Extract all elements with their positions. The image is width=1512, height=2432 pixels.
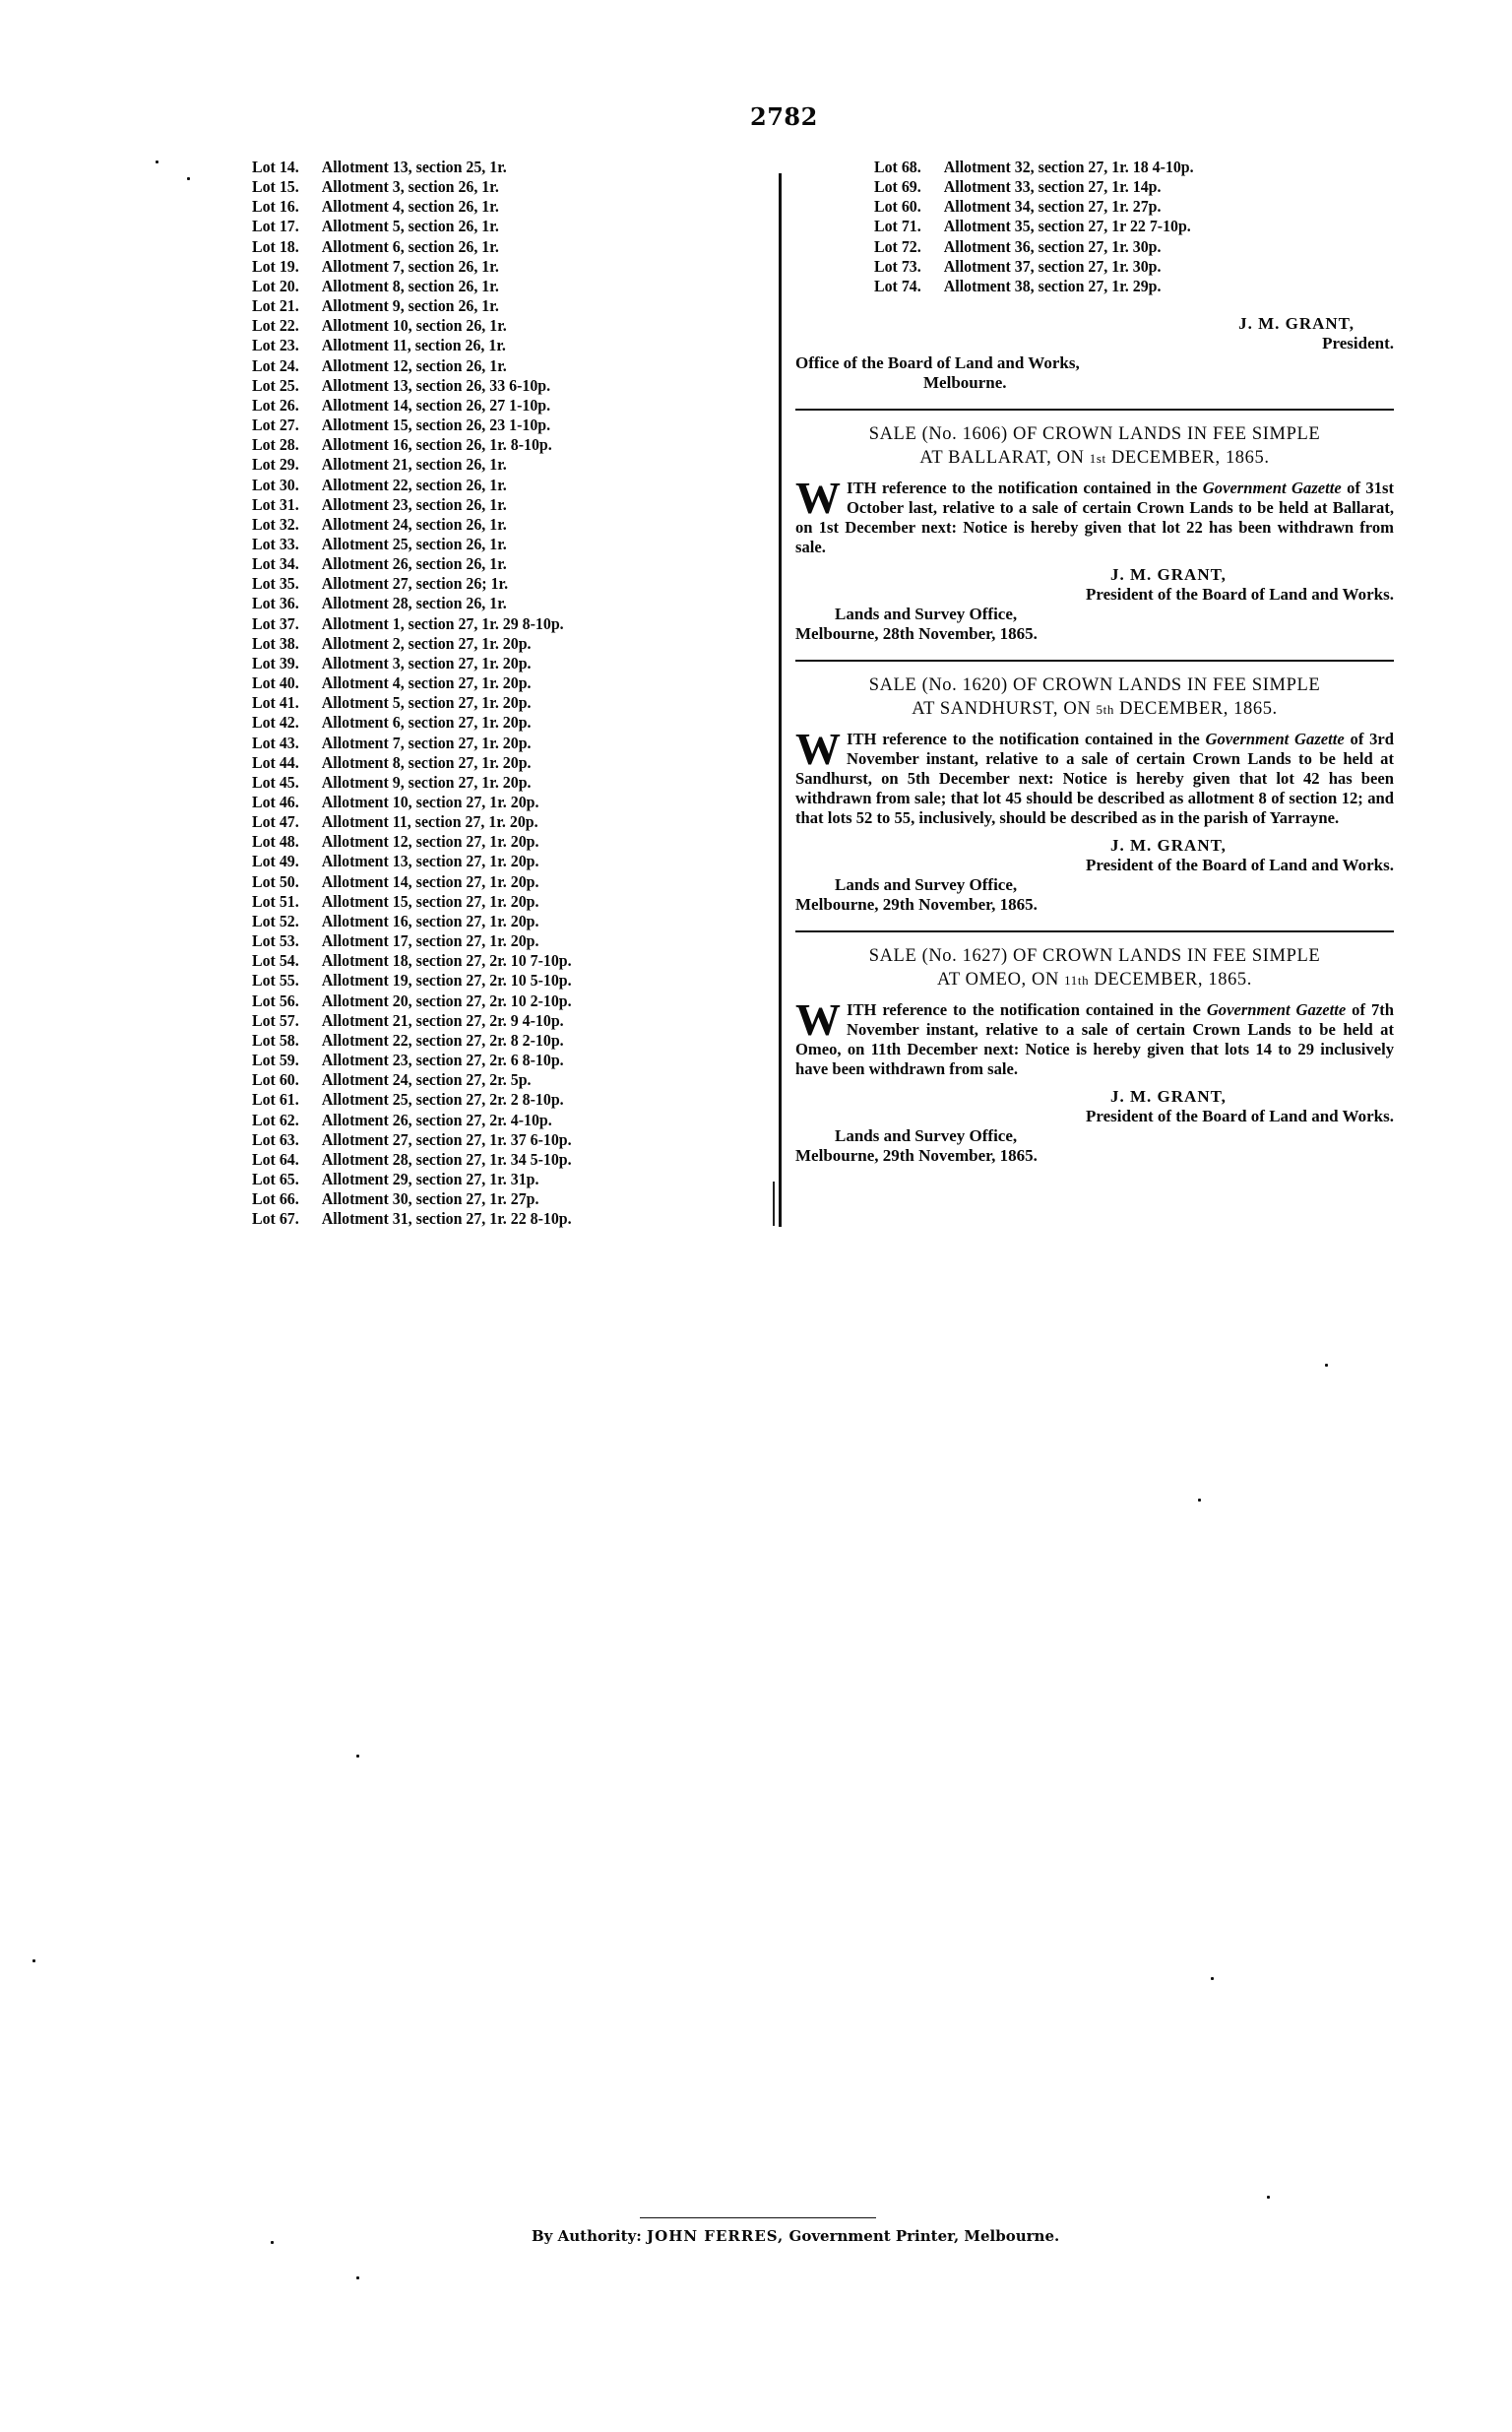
scan-speck: [32, 1959, 35, 1962]
notice-heading-line-2: AT SANDHURST, ON 5th DECEMBER, 1865.: [795, 697, 1394, 722]
lot-entry: Lot 34.Allotment 26, section 26, 1r.: [252, 554, 672, 574]
column-divider: [779, 173, 782, 1227]
lot-number: Lot 40.: [252, 673, 322, 693]
lot-number: Lot 42.: [252, 713, 322, 733]
lot-number: Lot 43.: [252, 734, 322, 753]
lot-entry: Lot 56.Allotment 20, section 27, 2r. 10 …: [252, 992, 672, 1011]
lot-entry: Lot 40.Allotment 4, section 27, 1r. 20p.: [252, 673, 672, 693]
lot-number: Lot 38.: [252, 634, 322, 654]
gazette-title: Government Gazette: [1207, 1000, 1346, 1019]
lot-number: Lot 16.: [252, 197, 322, 217]
lot-entry: Lot 36.Allotment 28, section 26, 1r.: [252, 594, 672, 613]
lot-number: Lot 51.: [252, 892, 322, 912]
notice-body-start: ITH reference to the notification contai…: [847, 1000, 1207, 1019]
sale-notice: SALE (No. 1627) OF CROWN LANDS IN FEE SI…: [795, 930, 1394, 1166]
lot-number: Lot 59.: [252, 1051, 322, 1070]
lot-entry: Lot 45.Allotment 9, section 27, 1r. 20p.: [252, 773, 672, 793]
imprint-suffix: Government Printer, Melbourne.: [789, 2227, 1060, 2245]
lot-entry: Lot 42.Allotment 6, section 27, 1r. 20p.: [252, 713, 672, 733]
lot-number: Lot 21.: [252, 296, 322, 316]
lot-description: Allotment 11, section 27, 1r. 20p.: [322, 812, 538, 831]
lot-description: Allotment 3, section 27, 1r. 20p.: [322, 654, 532, 672]
lot-number: Lot 18.: [252, 237, 322, 257]
right-column: Lot 68.Allotment 32, section 27, 1r. 18 …: [795, 158, 1394, 1166]
lot-number: Lot 36.: [252, 594, 322, 613]
lot-entry: Lot 58.Allotment 22, section 27, 2r. 8 2…: [252, 1031, 672, 1051]
lot-number: Lot 60.: [874, 197, 944, 217]
lot-entry: Lot 60.Allotment 24, section 27, 2r. 5p.: [252, 1070, 672, 1090]
signatory-name: J. M. GRANT,: [795, 836, 1394, 856]
lot-description: Allotment 22, section 26, 1r.: [322, 476, 507, 494]
lot-number: Lot 19.: [252, 257, 322, 277]
lot-entry: Lot 53.Allotment 17, section 27, 1r. 20p…: [252, 931, 672, 951]
lot-number: Lot 17.: [252, 217, 322, 236]
lot-description: Allotment 2, section 27, 1r. 20p.: [322, 634, 532, 653]
notice-body-start: ITH reference to the notification contai…: [847, 479, 1203, 497]
lot-entry: Lot 23.Allotment 11, section 26, 1r.: [252, 336, 672, 355]
lot-description: Allotment 21, section 27, 2r. 9 4-10p.: [322, 1011, 564, 1030]
section-rule: [795, 409, 1394, 411]
lot-number: Lot 14.: [252, 158, 322, 177]
lot-description: Allotment 13, section 25, 1r.: [322, 158, 507, 176]
lot-entry: Lot 71.Allotment 35, section 27, 1r 22 7…: [874, 217, 1378, 236]
office-address: Office of the Board of Land and Works, M…: [795, 353, 1394, 393]
sale-notices: SALE (No. 1606) OF CROWN LANDS IN FEE SI…: [795, 409, 1394, 1166]
office-line-1: Office of the Board of Land and Works,: [795, 353, 1080, 372]
lot-entry: Lot 27.Allotment 15, section 26, 23 1-10…: [252, 416, 672, 435]
lot-entry: Lot 73.Allotment 37, section 27, 1r. 30p…: [874, 257, 1378, 277]
drop-cap: W: [795, 1001, 841, 1039]
lot-description: Allotment 23, section 26, 1r.: [322, 495, 507, 514]
lot-description: Allotment 19, section 27, 2r. 10 5-10p.: [322, 971, 572, 990]
notice-heading: SALE (No. 1627) OF CROWN LANDS IN FEE SI…: [795, 944, 1394, 992]
footer-rule: [640, 2217, 876, 2218]
lot-number: Lot 71.: [874, 217, 944, 236]
lot-number: Lot 39.: [252, 654, 322, 673]
lot-entry: Lot 72.Allotment 36, section 27, 1r. 30p…: [874, 237, 1378, 257]
lot-entry: Lot 15.Allotment 3, section 26, 1r.: [252, 177, 672, 197]
lot-entry: Lot 14.Allotment 13, section 25, 1r.: [252, 158, 672, 177]
gazette-title: Government Gazette: [1205, 730, 1344, 748]
lot-entry: Lot 29.Allotment 21, section 26, 1r.: [252, 455, 672, 475]
imprint-prefix: By Authority:: [532, 2227, 642, 2245]
page-number: 2782: [750, 102, 818, 131]
lot-description: Allotment 25, section 26, 1r.: [322, 535, 507, 553]
lot-description: Allotment 8, section 26, 1r.: [322, 277, 499, 295]
lot-entry: Lot 31.Allotment 23, section 26, 1r.: [252, 495, 672, 515]
lot-description: Allotment 5, section 27, 1r. 20p.: [322, 693, 532, 712]
lot-entry: Lot 33.Allotment 25, section 26, 1r.: [252, 535, 672, 554]
lot-description: Allotment 28, section 27, 1r. 34 5-10p.: [322, 1150, 572, 1169]
lot-number: Lot 74.: [874, 277, 944, 296]
sale-notice: SALE (No. 1606) OF CROWN LANDS IN FEE SI…: [795, 409, 1394, 644]
lot-number: Lot 58.: [252, 1031, 322, 1051]
lot-entry: Lot 74.Allotment 38, section 27, 1r. 29p…: [874, 277, 1378, 296]
lot-number: Lot 72.: [874, 237, 944, 257]
lot-description: Allotment 33, section 27, 1r. 14p.: [944, 177, 1162, 196]
lot-description: Allotment 37, section 27, 1r. 30p.: [944, 257, 1162, 276]
lot-description: Allotment 12, section 27, 1r. 20p.: [322, 832, 539, 851]
lot-description: Allotment 32, section 27, 1r. 18 4-10p.: [944, 158, 1194, 176]
column-divider-fragment: [773, 1182, 775, 1226]
lot-description: Allotment 4, section 26, 1r.: [322, 197, 499, 216]
lot-description: Allotment 10, section 26, 1r.: [322, 316, 507, 335]
lot-number: Lot 31.: [252, 495, 322, 515]
lot-number: Lot 50.: [252, 872, 322, 892]
scan-speck: [1267, 2196, 1270, 2199]
notice-body-start: ITH reference to the notification contai…: [847, 730, 1205, 748]
lot-entry: Lot 64.Allotment 28, section 27, 1r. 34 …: [252, 1150, 672, 1170]
lot-description: Allotment 13, section 26, 33 6-10p.: [322, 376, 550, 395]
lot-entry: Lot 47.Allotment 11, section 27, 1r. 20p…: [252, 812, 672, 832]
notice-signature: J. M. GRANT,President of the Board of La…: [795, 836, 1394, 915]
lot-description: Allotment 7, section 26, 1r.: [322, 257, 499, 276]
heading-place: AT SANDHURST, ON: [912, 699, 1096, 719]
place-date: Melbourne, 29th November, 1865.: [795, 1146, 1394, 1166]
lot-entry: Lot 55.Allotment 19, section 27, 2r. 10 …: [252, 971, 672, 991]
lot-number: Lot 68.: [874, 158, 944, 177]
lot-description: Allotment 26, section 26, 1r.: [322, 554, 507, 573]
lot-entry: Lot 17.Allotment 5, section 26, 1r.: [252, 217, 672, 236]
lot-number: Lot 37.: [252, 614, 322, 634]
printer-name: JOHN FERRES,: [647, 2227, 784, 2245]
scan-speck: [271, 2241, 274, 2244]
lot-number: Lot 52.: [252, 912, 322, 931]
heading-place: AT OMEO, ON: [937, 970, 1064, 990]
scan-speck: [1325, 1364, 1328, 1367]
heading-date: DECEMBER, 1865.: [1089, 970, 1252, 990]
signatory-title: President.: [795, 334, 1394, 353]
lot-number: Lot 61.: [252, 1090, 322, 1110]
scan-speck: [356, 2276, 359, 2279]
place-date: Melbourne, 29th November, 1865.: [795, 895, 1394, 915]
lot-entry: Lot 25.Allotment 13, section 26, 33 6-10…: [252, 376, 672, 396]
lot-description: Allotment 31, section 27, 1r. 22 8-10p.: [322, 1209, 572, 1228]
right-column-lot-list: Lot 68.Allotment 32, section 27, 1r. 18 …: [795, 158, 1394, 296]
lot-description: Allotment 13, section 27, 1r. 20p.: [322, 852, 539, 870]
lot-entry: Lot 32.Allotment 24, section 26, 1r.: [252, 515, 672, 535]
lot-description: Allotment 24, section 26, 1r.: [322, 515, 507, 534]
heading-date: DECEMBER, 1865.: [1106, 448, 1270, 468]
lot-entry: Lot 18.Allotment 6, section 26, 1r.: [252, 237, 672, 257]
lot-description: Allotment 29, section 27, 1r. 31p.: [322, 1170, 539, 1188]
lot-entry: Lot 38.Allotment 2, section 27, 1r. 20p.: [252, 634, 672, 654]
lot-description: Allotment 11, section 26, 1r.: [322, 336, 506, 354]
lot-number: Lot 25.: [252, 376, 322, 396]
notice-heading-line-1: SALE (No. 1620) OF CROWN LANDS IN FEE SI…: [795, 673, 1394, 697]
lot-description: Allotment 20, section 27, 2r. 10 2-10p.: [322, 992, 572, 1010]
lot-description: Allotment 9, section 26, 1r.: [322, 296, 499, 315]
lot-number: Lot 30.: [252, 476, 322, 495]
scan-speck: [156, 160, 158, 163]
lot-entry: Lot 43.Allotment 7, section 27, 1r. 20p.: [252, 734, 672, 753]
lot-entry: Lot 41.Allotment 5, section 27, 1r. 20p.: [252, 693, 672, 713]
drop-cap: W: [795, 480, 841, 517]
lot-entry: Lot 59.Allotment 23, section 27, 2r. 6 8…: [252, 1051, 672, 1070]
notice-body: WITH reference to the notification conta…: [795, 479, 1394, 557]
lot-entry: Lot 37.Allotment 1, section 27, 1r. 29 8…: [252, 614, 672, 634]
lot-description: Allotment 24, section 27, 2r. 5p.: [322, 1070, 532, 1089]
lot-description: Allotment 1, section 27, 1r. 29 8-10p.: [322, 614, 564, 633]
sale-notice: SALE (No. 1620) OF CROWN LANDS IN FEE SI…: [795, 660, 1394, 915]
lot-entry: Lot 44.Allotment 8, section 27, 1r. 20p.: [252, 753, 672, 773]
lot-number: Lot 69.: [874, 177, 944, 197]
lot-number: Lot 66.: [252, 1189, 322, 1209]
heading-place: AT BALLARAT, ON: [919, 448, 1089, 468]
signatory-name: J. M. GRANT,: [795, 565, 1394, 585]
lot-number: Lot 55.: [252, 971, 322, 991]
lot-description: Allotment 38, section 27, 1r. 29p.: [944, 277, 1162, 295]
section-rule: [795, 660, 1394, 662]
scan-speck: [356, 1755, 359, 1758]
lot-number: Lot 53.: [252, 931, 322, 951]
left-column-lot-list: Lot 14.Allotment 13, section 25, 1r.Lot …: [252, 158, 685, 1229]
notice-heading-line-1: SALE (No. 1606) OF CROWN LANDS IN FEE SI…: [795, 422, 1394, 446]
lot-number: Lot 34.: [252, 554, 322, 574]
heading-ordinal: 5th: [1097, 702, 1114, 717]
lot-entry: Lot 57.Allotment 21, section 27, 2r. 9 4…: [252, 1011, 672, 1031]
lot-number: Lot 64.: [252, 1150, 322, 1170]
lot-number: Lot 23.: [252, 336, 322, 355]
lot-number: Lot 26.: [252, 396, 322, 416]
lot-description: Allotment 6, section 27, 1r. 20p.: [322, 713, 532, 732]
lot-number: Lot 67.: [252, 1209, 322, 1229]
lot-entry: Lot 20.Allotment 8, section 26, 1r.: [252, 277, 672, 296]
lot-description: Allotment 12, section 26, 1r.: [322, 356, 507, 375]
lot-entry: Lot 26.Allotment 14, section 26, 27 1-10…: [252, 396, 672, 416]
lot-number: Lot 62.: [252, 1111, 322, 1130]
heading-ordinal: 1st: [1090, 451, 1106, 466]
lot-number: Lot 29.: [252, 455, 322, 475]
notice-heading-line-1: SALE (No. 1627) OF CROWN LANDS IN FEE SI…: [795, 944, 1394, 968]
lot-description: Allotment 17, section 27, 1r. 20p.: [322, 931, 539, 950]
heading-date: DECEMBER, 1865.: [1114, 699, 1278, 719]
lot-entry: Lot 54.Allotment 18, section 27, 2r. 10 …: [252, 951, 672, 971]
lot-description: Allotment 28, section 26, 1r.: [322, 594, 507, 612]
lot-number: Lot 32.: [252, 515, 322, 535]
lot-description: Allotment 27, section 26; 1r.: [322, 574, 508, 593]
lot-number: Lot 22.: [252, 316, 322, 336]
lot-description: Allotment 4, section 27, 1r. 20p.: [322, 673, 532, 692]
lot-entry: Lot 39.Allotment 3, section 27, 1r. 20p.: [252, 654, 672, 673]
lot-entry: Lot 62.Allotment 26, section 27, 2r. 4-1…: [252, 1111, 672, 1130]
notice-signature: J. M. GRANT,President of the Board of La…: [795, 1087, 1394, 1166]
signatory-title: President of the Board of Land and Works…: [795, 856, 1394, 875]
lot-number: Lot 45.: [252, 773, 322, 793]
lot-entry: Lot 19.Allotment 7, section 26, 1r.: [252, 257, 672, 277]
office-line-2: Melbourne.: [795, 373, 1394, 393]
lot-description: Allotment 10, section 27, 1r. 20p.: [322, 793, 539, 811]
lot-entry: Lot 61.Allotment 25, section 27, 2r. 2 8…: [252, 1090, 672, 1110]
lot-entry: Lot 50.Allotment 14, section 27, 1r. 20p…: [252, 872, 672, 892]
lot-description: Allotment 34, section 27, 1r. 27p.: [944, 197, 1162, 216]
notice-heading-line-2: AT OMEO, ON 11th DECEMBER, 1865.: [795, 968, 1394, 992]
lot-description: Allotment 14, section 26, 27 1-10p.: [322, 396, 550, 415]
lot-entry: Lot 66.Allotment 30, section 27, 1r. 27p…: [252, 1189, 672, 1209]
lot-description: Allotment 16, section 27, 1r. 20p.: [322, 912, 539, 930]
lot-entry: Lot 22.Allotment 10, section 26, 1r.: [252, 316, 672, 336]
lot-number: Lot 57.: [252, 1011, 322, 1031]
lot-entry: Lot 30.Allotment 22, section 26, 1r.: [252, 476, 672, 495]
section-rule: [795, 930, 1394, 932]
printer-imprint: By Authority: JOHN FERRES, Government Pr…: [532, 2227, 1059, 2245]
notice-heading-line-2: AT BALLARAT, ON 1st DECEMBER, 1865.: [795, 446, 1394, 471]
lot-description: Allotment 9, section 27, 1r. 20p.: [322, 773, 532, 792]
lot-entry: Lot 24.Allotment 12, section 26, 1r.: [252, 356, 672, 376]
lot-description: Allotment 35, section 27, 1r 22 7-10p.: [944, 217, 1191, 235]
lot-entry: Lot 49.Allotment 13, section 27, 1r. 20p…: [252, 852, 672, 871]
drop-cap: W: [795, 731, 841, 768]
signatory-name: J. M. GRANT,: [795, 314, 1394, 334]
lot-number: Lot 48.: [252, 832, 322, 852]
lot-number: Lot 28.: [252, 435, 322, 455]
lot-entry: Lot 21.Allotment 9, section 26, 1r.: [252, 296, 672, 316]
lot-description: Allotment 5, section 26, 1r.: [322, 217, 499, 235]
lot-description: Allotment 21, section 26, 1r.: [322, 455, 507, 474]
lot-number: Lot 24.: [252, 356, 322, 376]
scan-speck: [187, 177, 190, 180]
lot-entry: Lot 67.Allotment 31, section 27, 1r. 22 …: [252, 1209, 672, 1229]
lot-entry: Lot 69.Allotment 33, section 27, 1r. 14p…: [874, 177, 1378, 197]
signatory-name: J. M. GRANT,: [795, 1087, 1394, 1107]
notice-body: WITH reference to the notification conta…: [795, 730, 1394, 828]
lot-number: Lot 20.: [252, 277, 322, 296]
lot-number: Lot 63.: [252, 1130, 322, 1150]
lot-number: Lot 41.: [252, 693, 322, 713]
office-name: Lands and Survey Office,: [795, 1126, 1394, 1146]
scan-speck: [1198, 1499, 1201, 1502]
lot-description: Allotment 7, section 27, 1r. 20p.: [322, 734, 532, 752]
lot-description: Allotment 25, section 27, 2r. 2 8-10p.: [322, 1090, 564, 1109]
lot-description: Allotment 16, section 26, 1r. 8-10p.: [322, 435, 552, 454]
lot-description: Allotment 18, section 27, 2r. 10 7-10p.: [322, 951, 572, 970]
office-name: Lands and Survey Office,: [795, 875, 1394, 895]
notice-body: WITH reference to the notification conta…: [795, 1000, 1394, 1079]
lot-description: Allotment 15, section 27, 1r. 20p.: [322, 892, 539, 911]
gazette-title: Government Gazette: [1203, 479, 1342, 497]
lot-entry: Lot 48.Allotment 12, section 27, 1r. 20p…: [252, 832, 672, 852]
lot-entry: Lot 65.Allotment 29, section 27, 1r. 31p…: [252, 1170, 672, 1189]
notice-heading: SALE (No. 1620) OF CROWN LANDS IN FEE SI…: [795, 673, 1394, 722]
signatory-title: President of the Board of Land and Works…: [795, 1107, 1394, 1126]
scan-speck: [1211, 1977, 1214, 1980]
lot-entry: Lot 35.Allotment 27, section 26; 1r.: [252, 574, 672, 594]
lot-number: Lot 44.: [252, 753, 322, 773]
lot-entry: Lot 63.Allotment 27, section 27, 1r. 37 …: [252, 1130, 672, 1150]
lot-number: Lot 73.: [874, 257, 944, 277]
notice-signature: J. M. GRANT,President of the Board of La…: [795, 565, 1394, 644]
office-name: Lands and Survey Office,: [795, 605, 1394, 624]
lot-description: Allotment 30, section 27, 1r. 27p.: [322, 1189, 539, 1208]
lot-description: Allotment 27, section 27, 1r. 37 6-10p.: [322, 1130, 572, 1149]
lot-entry: Lot 16.Allotment 4, section 26, 1r.: [252, 197, 672, 217]
lot-number: Lot 35.: [252, 574, 322, 594]
heading-ordinal: 11th: [1064, 973, 1089, 988]
lot-number: Lot 33.: [252, 535, 322, 554]
lot-entry: Lot 46.Allotment 10, section 27, 1r. 20p…: [252, 793, 672, 812]
lot-number: Lot 54.: [252, 951, 322, 971]
lot-entry: Lot 60.Allotment 34, section 27, 1r. 27p…: [874, 197, 1378, 217]
lot-number: Lot 46.: [252, 793, 322, 812]
lot-number: Lot 65.: [252, 1170, 322, 1189]
lot-description: Allotment 26, section 27, 2r. 4-10p.: [322, 1111, 552, 1129]
lot-description: Allotment 8, section 27, 1r. 20p.: [322, 753, 532, 772]
lot-description: Allotment 15, section 26, 23 1-10p.: [322, 416, 550, 434]
lot-entry: Lot 51.Allotment 15, section 27, 1r. 20p…: [252, 892, 672, 912]
lot-number: Lot 15.: [252, 177, 322, 197]
lot-entry: Lot 28.Allotment 16, section 26, 1r. 8-1…: [252, 435, 672, 455]
place-date: Melbourne, 28th November, 1865.: [795, 624, 1394, 644]
signatory-title: President of the Board of Land and Works…: [795, 585, 1394, 605]
lot-number: Lot 56.: [252, 992, 322, 1011]
lot-entry: Lot 52.Allotment 16, section 27, 1r. 20p…: [252, 912, 672, 931]
notice-heading: SALE (No. 1606) OF CROWN LANDS IN FEE SI…: [795, 422, 1394, 471]
lot-description: Allotment 22, section 27, 2r. 8 2-10p.: [322, 1031, 564, 1050]
lot-description: Allotment 36, section 27, 1r. 30p.: [944, 237, 1162, 256]
lot-number: Lot 27.: [252, 416, 322, 435]
lot-description: Allotment 23, section 27, 2r. 6 8-10p.: [322, 1051, 564, 1069]
lot-description: Allotment 6, section 26, 1r.: [322, 237, 499, 256]
lot-number: Lot 60.: [252, 1070, 322, 1090]
lot-description: Allotment 14, section 27, 1r. 20p.: [322, 872, 539, 891]
lot-description: Allotment 3, section 26, 1r.: [322, 177, 499, 196]
lot-number: Lot 49.: [252, 852, 322, 871]
lot-number: Lot 47.: [252, 812, 322, 832]
lot-entry: Lot 68.Allotment 32, section 27, 1r. 18 …: [874, 158, 1378, 177]
